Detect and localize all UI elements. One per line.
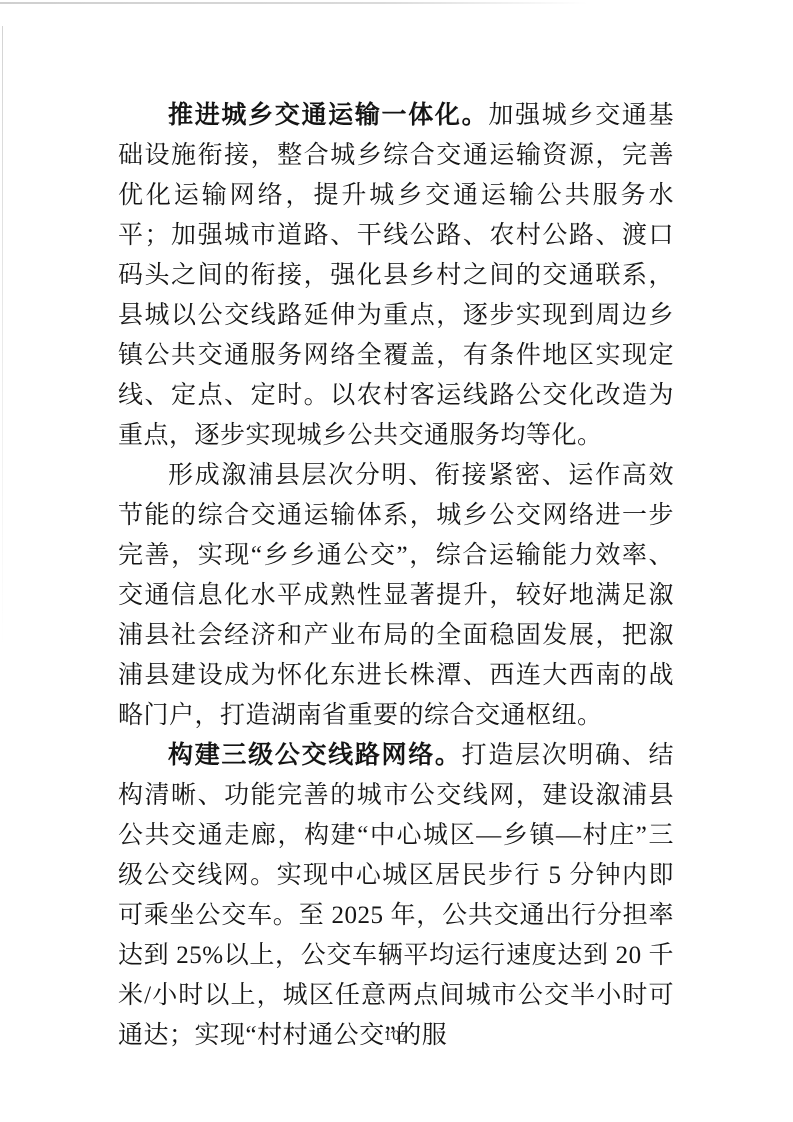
paragraph-bold-lead: 构建三级公交线路网络。 (168, 742, 462, 769)
paragraph-body-text: 加强城乡交通基础设施衔接，整合城乡综合交通运输资源，完善优化运输网络，提升城乡交… (118, 102, 674, 449)
scanned-document-page: { "page": { "number": "107", "paragraphs… (0, 0, 793, 1122)
paragraph-three-level-bus-network: 构建三级公交线路网络。打造层次明确、结构清晰、功能完善的城市公交线网，建设溆浦县… (118, 736, 674, 1056)
page-number: 107 (0, 1028, 793, 1045)
paragraph-body-text: 形成溆浦县层次分明、衔接紧密、运作高效节能的综合交通运输体系，城乡公交网络进一步… (118, 462, 674, 729)
scan-artifact-top-edge (0, 2, 588, 4)
paragraph-promote-urban-rural-transport-integration: 推进城乡交通运输一体化。加强城乡交通基础设施衔接，整合城乡综合交通运输资源，完善… (118, 96, 674, 456)
paragraph-comprehensive-transport-system-goal: 形成溆浦县层次分明、衔接紧密、运作高效节能的综合交通运输体系，城乡公交网络进一步… (118, 456, 674, 736)
scan-artifact-left-edge (2, 26, 3, 646)
paragraph-body-text: 打造层次明确、结构清晰、功能完善的城市公交线网，建设溆浦县公共交通走廊，构建“中… (118, 742, 674, 1049)
document-text-block: 推进城乡交通运输一体化。加强城乡交通基础设施衔接，整合城乡综合交通运输资源，完善… (118, 96, 674, 1056)
paragraph-bold-lead: 推进城乡交通运输一体化。 (168, 102, 488, 129)
